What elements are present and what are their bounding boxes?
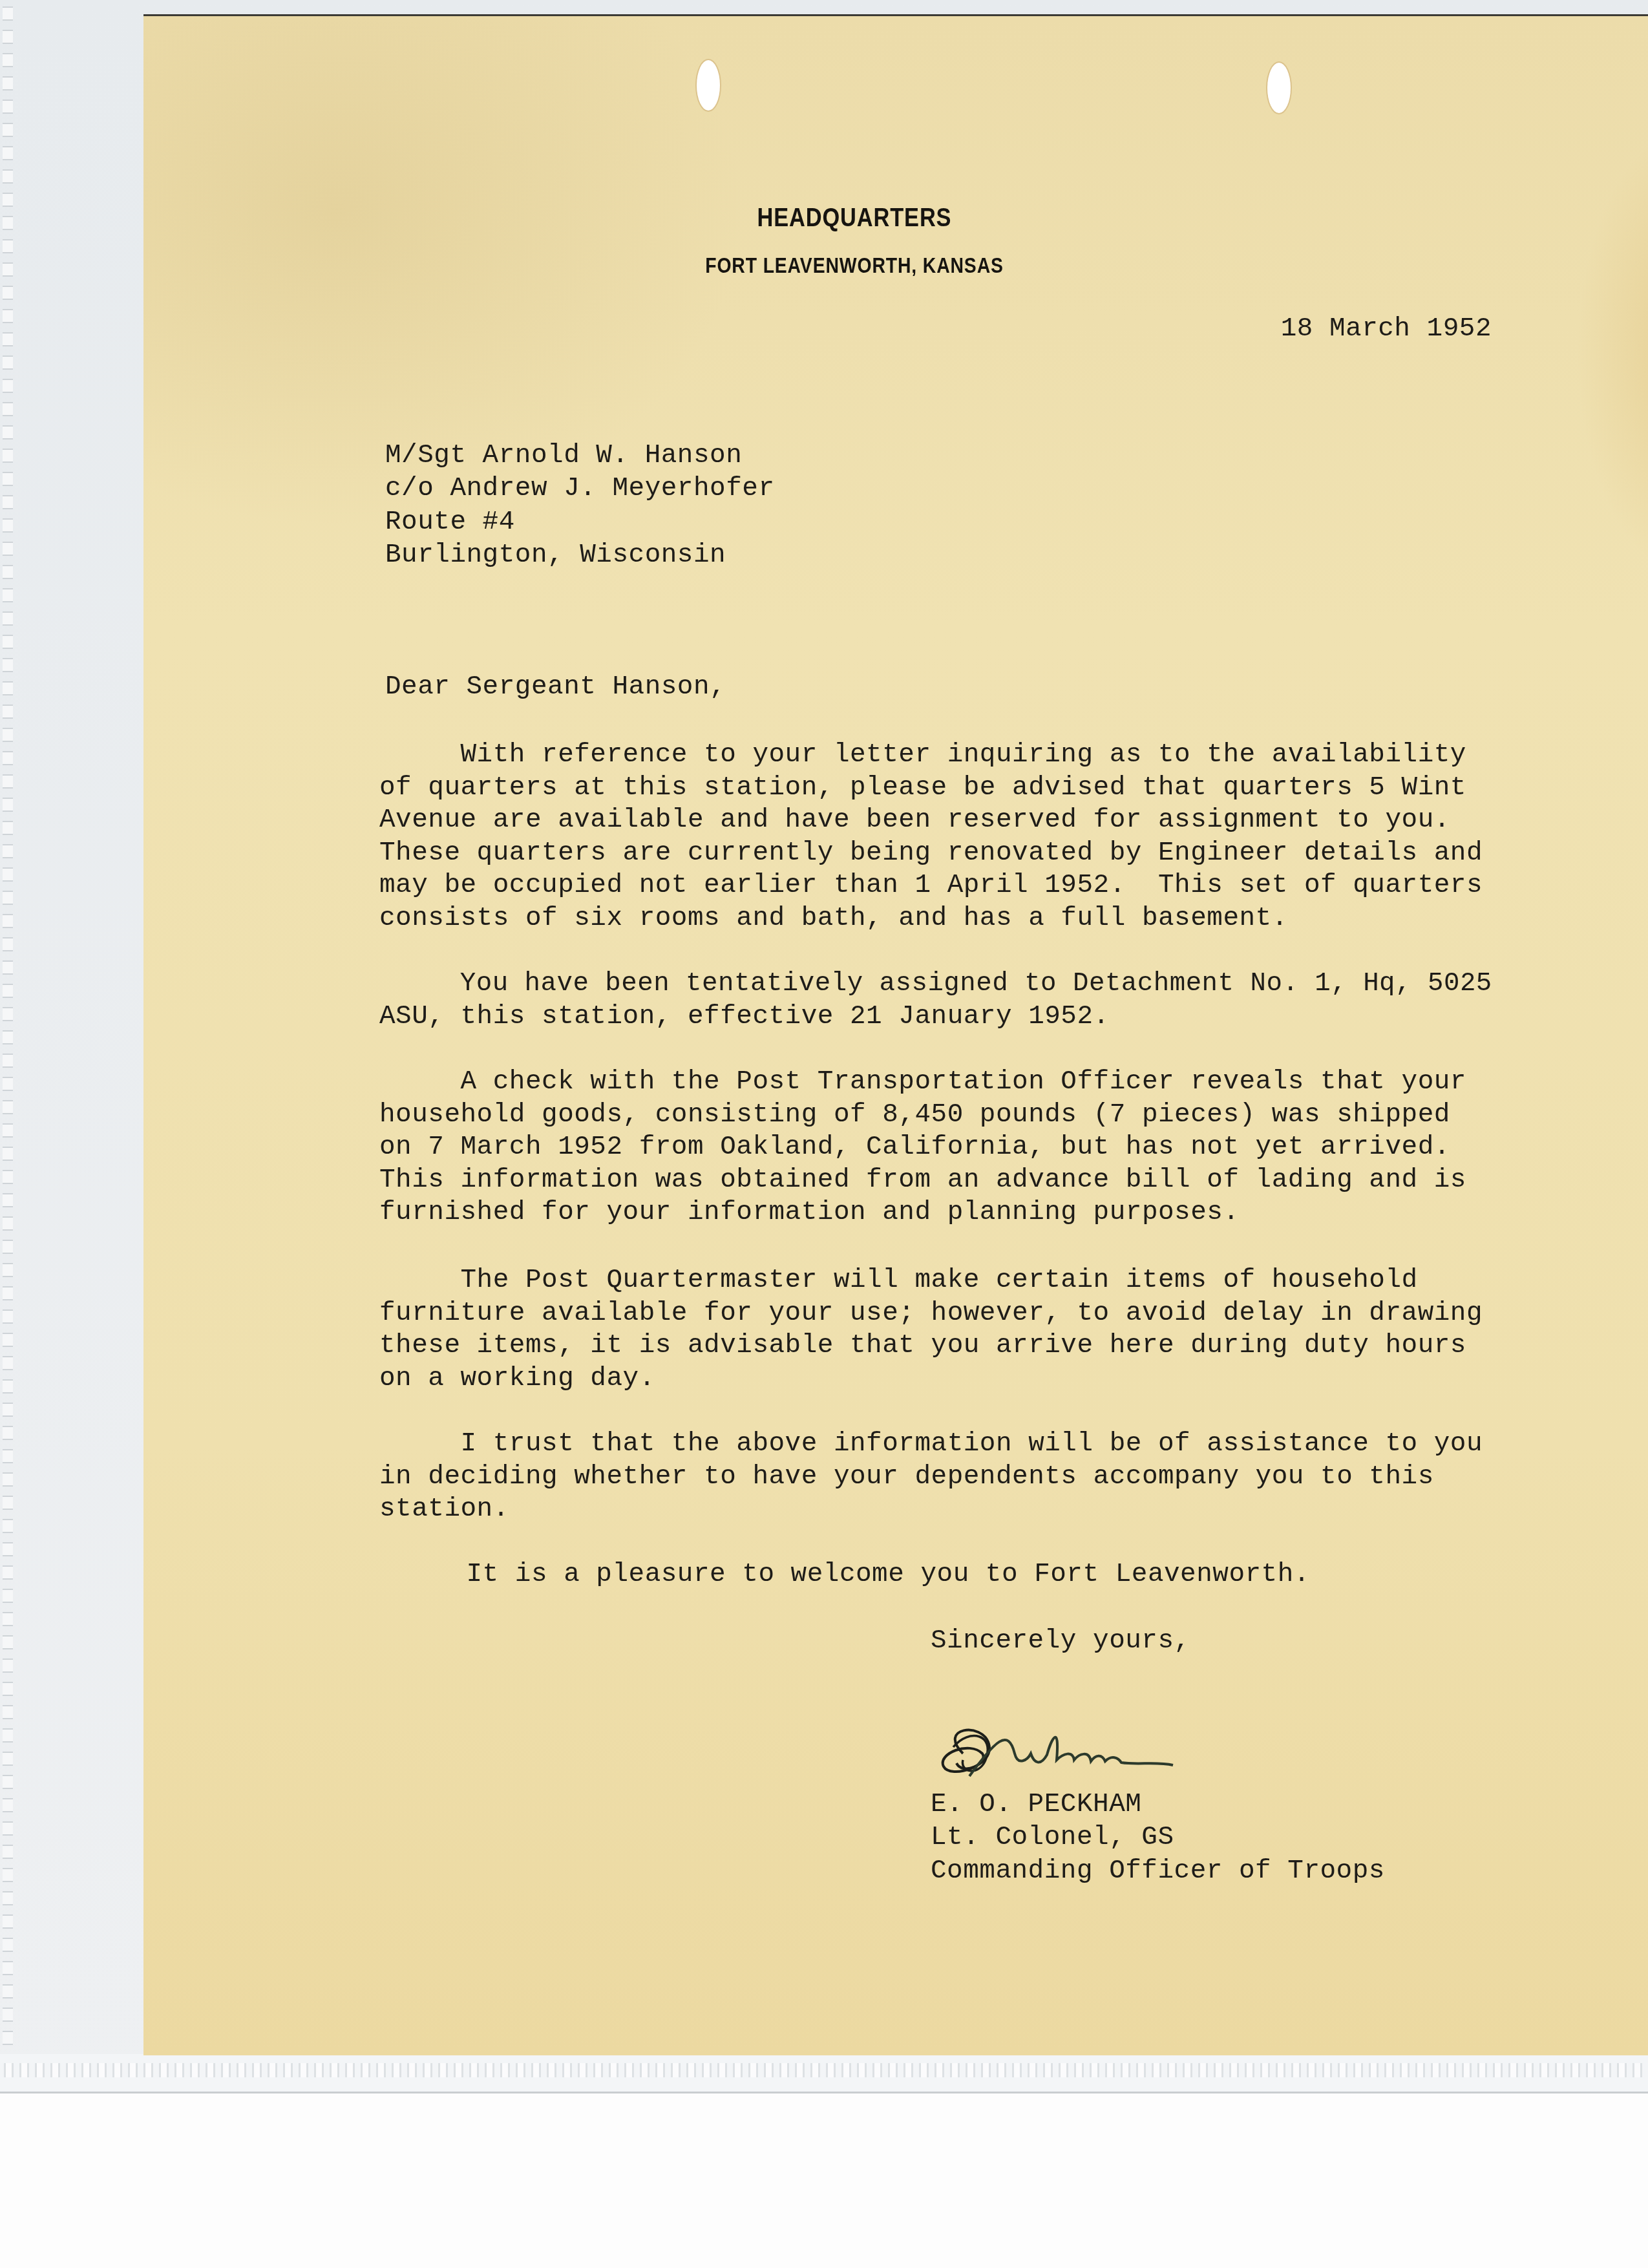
body-line: of quarters at this station, please be a…	[379, 775, 1466, 801]
body-line: on 7 March 1952 from Oakland, California…	[379, 1134, 1450, 1161]
body-line: furniture available for your use; howeve…	[379, 1300, 1483, 1327]
address-line: Route #4	[385, 509, 515, 536]
letter-date: 18 March 1952	[1281, 316, 1492, 343]
signer-title: Commanding Officer of Troops	[931, 1858, 1385, 1885]
body-line: consists of six rooms and bath, and has …	[379, 906, 1288, 932]
address-line: Burlington, Wisconsin	[385, 542, 726, 569]
body-line: household goods, consisting of 8,450 pou…	[379, 1102, 1450, 1129]
handwritten-signature	[924, 1715, 1234, 1786]
letterhead-location: FORT LEAVENWORTH, KANSAS	[207, 253, 1501, 278]
body-line: With reference to your letter inquiring …	[379, 742, 1466, 768]
closing-line: It is a pleasure to welcome you to Fort …	[385, 1562, 1310, 1588]
sleeve-bottom-edge	[0, 2054, 1648, 2093]
body-line: The Post Quartermaster will make certain…	[379, 1267, 1418, 1294]
body-line: ASU, this station, effective 21 January …	[379, 1004, 1110, 1030]
salutation: Dear Sergeant Hanson,	[385, 674, 726, 701]
body-line: I trust that the above information will …	[379, 1431, 1483, 1457]
letter-page: HEADQUARTERS FORT LEAVENWORTH, KANSAS 18…	[143, 14, 1648, 2055]
complimentary-close: Sincerely yours,	[931, 1628, 1190, 1655]
punch-hole	[697, 60, 720, 111]
body-line: Avenue are available and have been reser…	[379, 807, 1450, 834]
body-line: on a working day.	[379, 1366, 655, 1392]
body-line: A check with the Post Transportation Off…	[379, 1069, 1466, 1096]
body-line: in deciding whether to have your depende…	[379, 1464, 1434, 1490]
body-line: these items, it is advisable that you ar…	[379, 1333, 1466, 1359]
body-line: furnished for your information and plann…	[379, 1200, 1240, 1226]
letterhead-title: HEADQUARTERS	[207, 204, 1501, 233]
punch-hole	[1267, 63, 1291, 113]
body-line: may be occupied not earlier than 1 April…	[379, 873, 1483, 899]
address-line: M/Sgt Arnold W. Hanson	[385, 443, 742, 469]
body-line: station.	[379, 1496, 509, 1523]
body-line: This information was obtained from an ad…	[379, 1167, 1466, 1194]
address-line: c/o Andrew J. Meyerhofer	[385, 476, 775, 502]
body-line: These quarters are currently being renov…	[379, 840, 1483, 867]
signer-rank: Lt. Colonel, GS	[931, 1825, 1174, 1851]
signer-name: E. O. PECKHAM	[931, 1792, 1141, 1818]
sleeve-binding-edge	[3, 0, 13, 2091]
body-line: You have been tentatively assigned to De…	[379, 971, 1492, 997]
